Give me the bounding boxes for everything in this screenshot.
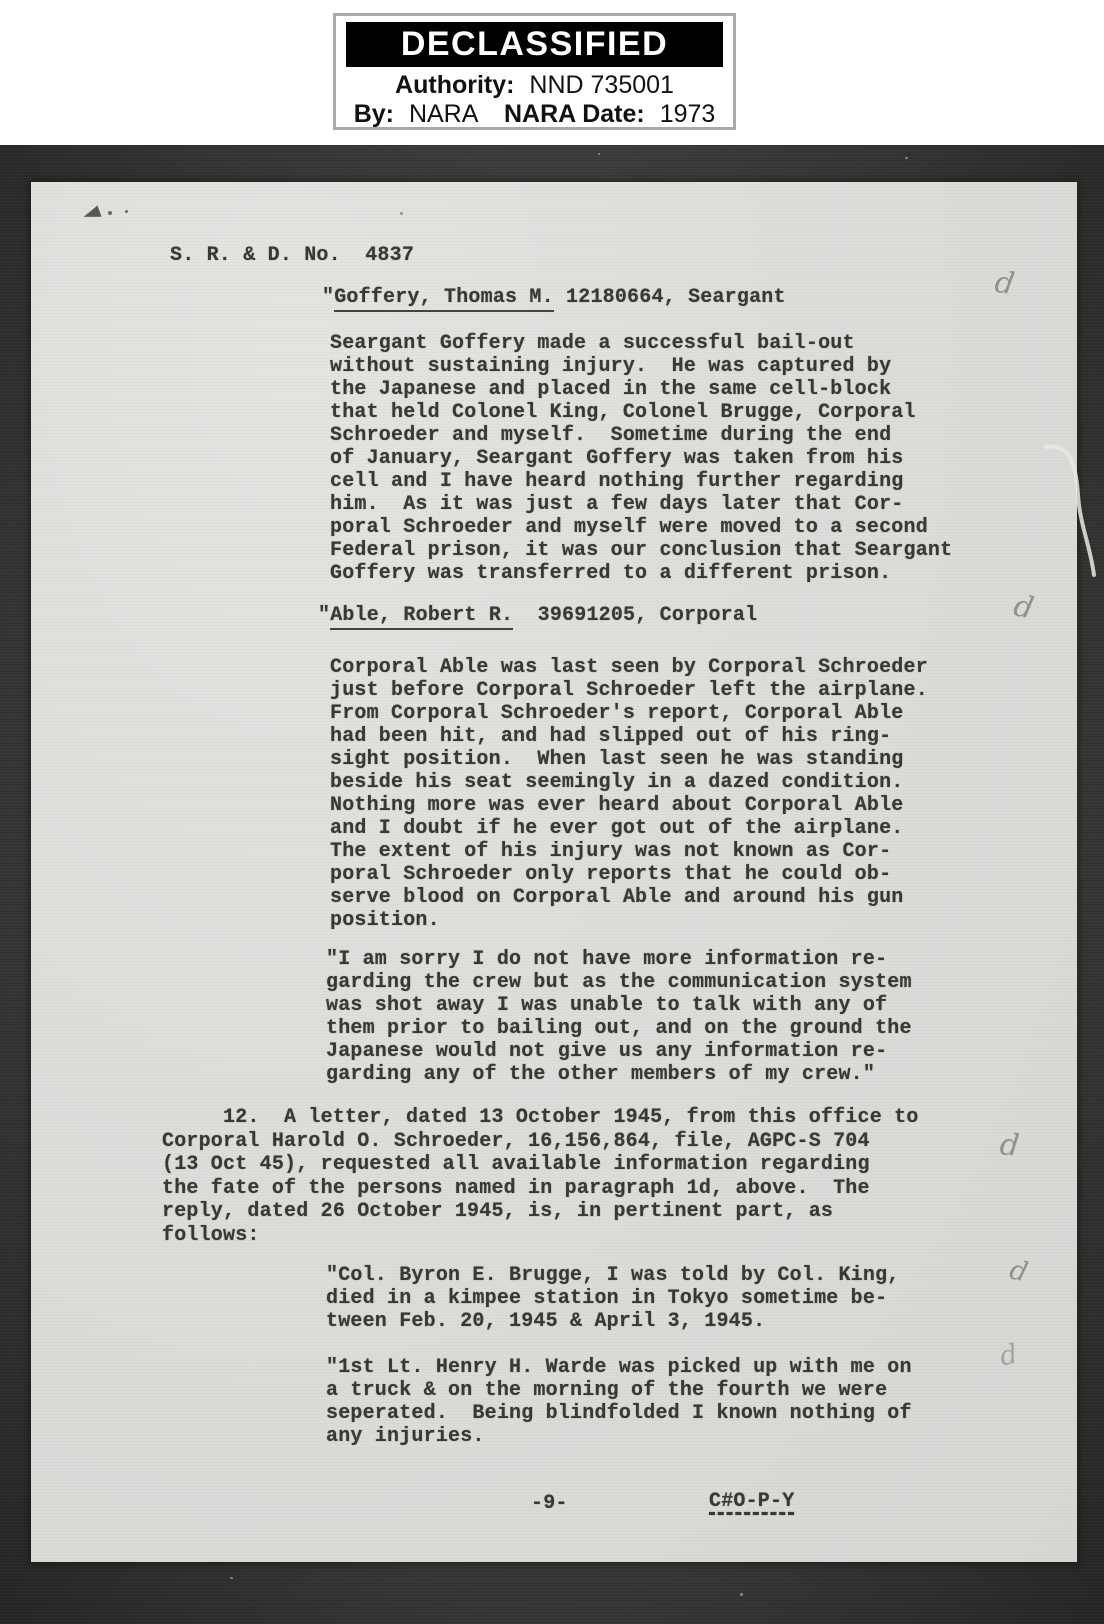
stamp-date-value: 1973 — [660, 100, 716, 128]
able-heading-rest: 39691205, Corporal — [513, 604, 757, 627]
ink-dot — [108, 211, 112, 215]
section-able-heading: "Able, Robert R. 39691205, Corporal — [318, 604, 757, 627]
dust-speck — [905, 157, 908, 159]
declassified-stamp: DECLASSIFIED Authority: NND 735001 By: N… — [333, 13, 736, 130]
stamp-by-line: By: NARA NARA Date: 1973 — [336, 100, 733, 129]
crew-quote-paragraph: "I am sorry I do not have more informati… — [326, 948, 912, 1086]
paper-sheet: S. R. & D. No. 4837 "Goffery, Thomas M. … — [31, 182, 1077, 1562]
copy-mark: C#O-P-Y — [709, 1490, 794, 1513]
able-name-underlined: Able, Robert R. — [330, 604, 513, 630]
pencil-margin-mark: d — [992, 265, 1016, 303]
scratch-mark — [1040, 425, 1100, 595]
pencil-margin-mark: d — [1007, 1254, 1031, 1288]
dust-speck — [740, 1593, 743, 1596]
pencil-margin-mark: d — [997, 1339, 1020, 1373]
brugge-quote-paragraph: "Col. Byron E. Brugge, I was told by Col… — [326, 1264, 900, 1333]
section-goffery-heading: "Goffery, Thomas M. 12180664, Seargant — [322, 286, 786, 309]
section-goffery-body: Seargant Goffery made a successful bail-… — [330, 332, 952, 585]
pencil-margin-mark: d — [1011, 588, 1037, 626]
declassified-stamp-title: DECLASSIFIED — [346, 22, 723, 67]
doc-number: S. R. & D. No. 4837 — [170, 244, 414, 267]
page-number: -9- — [531, 1492, 568, 1515]
quote-mark: " — [318, 604, 330, 627]
stamp-date-label: NARA Date: — [504, 100, 645, 128]
stamp-by-label: By: — [354, 100, 394, 128]
ink-dot — [400, 212, 403, 215]
section-able-body: Corporal Able was last seen by Corporal … — [330, 656, 928, 932]
pencil-margin-mark: d — [998, 1127, 1021, 1164]
paragraph-12: 12. A letter, dated 13 October 1945, fro… — [162, 1106, 919, 1247]
goffery-heading-rest: 12180664, Seargant — [554, 286, 786, 309]
stamp-by-value: NARA — [409, 100, 477, 128]
stamp-authority-label: Authority: — [395, 71, 514, 99]
quote-mark: " — [322, 286, 334, 309]
dust-speck — [598, 153, 600, 155]
ink-smudge — [81, 205, 101, 222]
dust-speck — [230, 1577, 233, 1579]
warde-quote-paragraph: "1st Lt. Henry H. Warde was picked up wi… — [326, 1356, 912, 1448]
stamp-authority-value: NND 735001 — [529, 71, 674, 99]
ink-dot — [125, 210, 128, 213]
stamp-authority-line: Authority: NND 735001 — [336, 71, 733, 100]
scanned-declassified-page: DECLASSIFIED Authority: NND 735001 By: N… — [0, 0, 1104, 1624]
goffery-name-underlined: Goffery, Thomas M. — [334, 286, 554, 312]
